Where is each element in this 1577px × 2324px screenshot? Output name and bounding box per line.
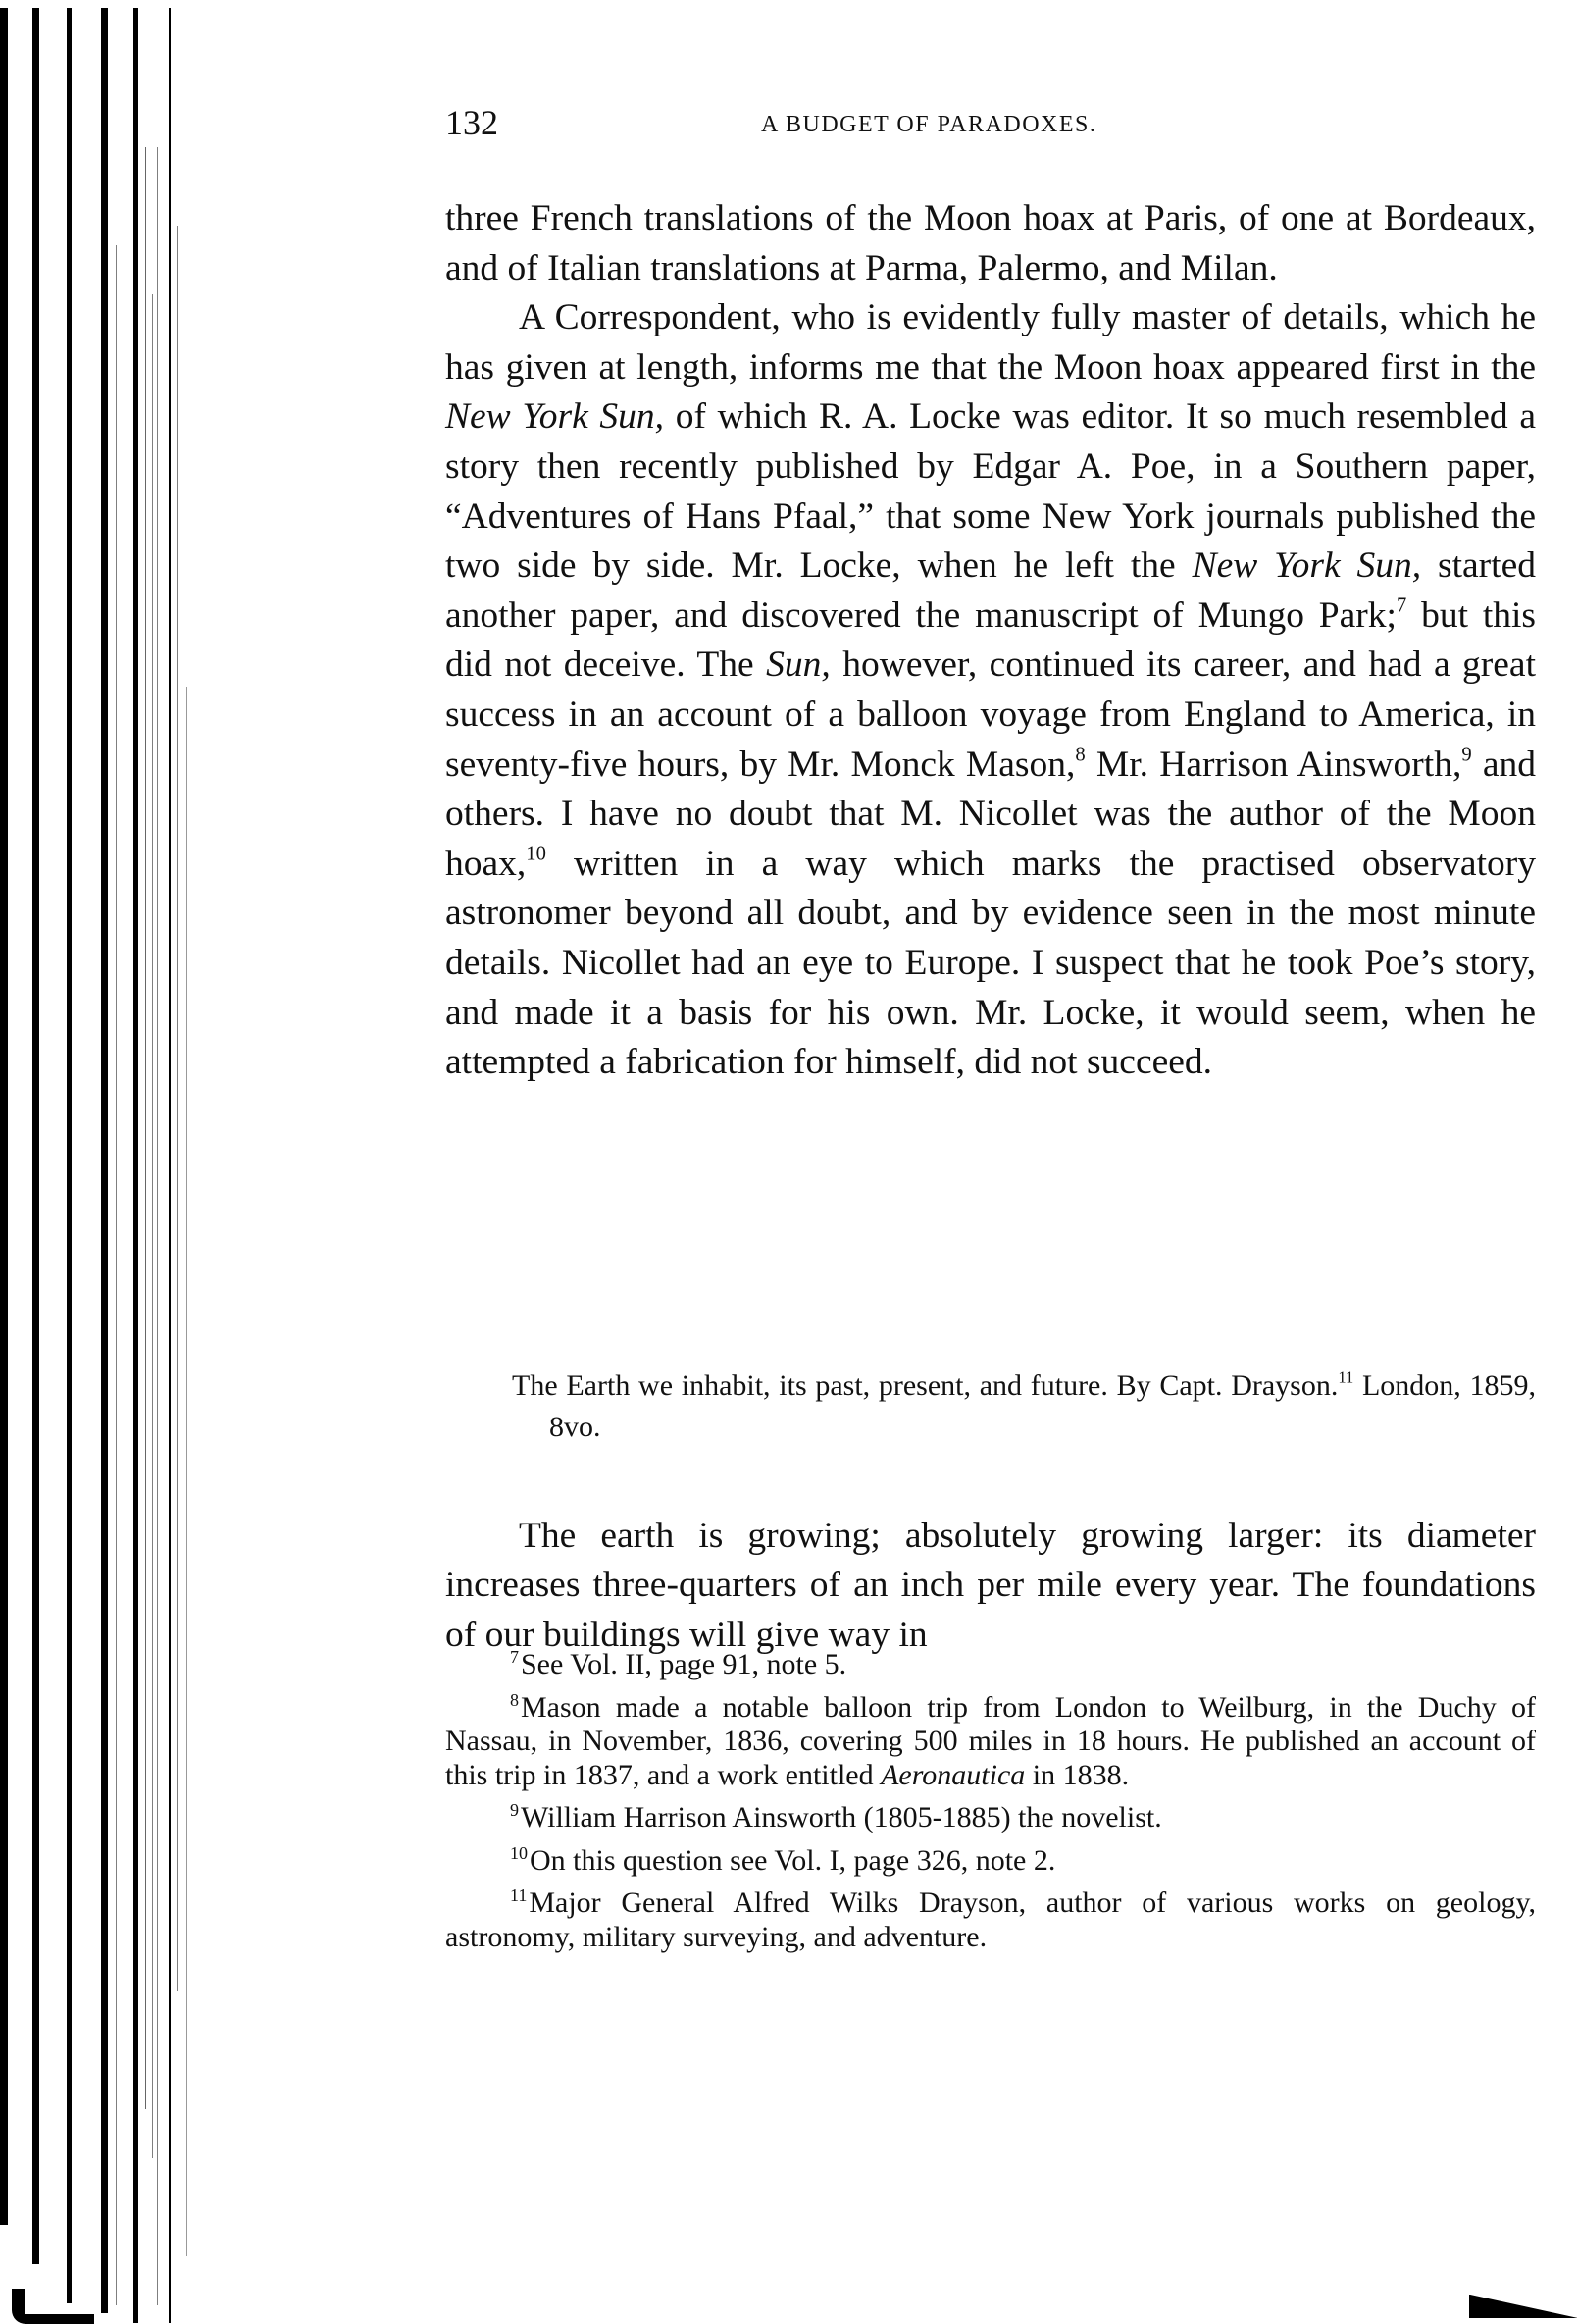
paragraph: A Correspondent, who is evidently fully … [445,293,1536,1088]
footnote-ref[interactable]: 10 [526,843,546,864]
paragraph: three French translations of the Moon ho… [445,194,1536,293]
italic-title: Sun, [766,645,831,685]
main-text: three French translations of the Moon ho… [445,194,1536,1088]
footnote-mark: 11 [510,1885,527,1905]
italic-title: Aeronautica [881,1759,1025,1791]
footnote-text: On this question see Vol. I, page 326, n… [530,1844,1055,1877]
footnote-ref[interactable]: 7 [1397,594,1406,616]
text-run: Mr. Harrison Ainsworth, [1086,745,1462,785]
footnote-mark: 10 [510,1843,528,1863]
footnotes: 7See Vol. II, page 91, note 5. 8Mason ma… [445,1648,1536,1963]
binding-corner [12,2289,94,2324]
footnote-text: See Vol. II, page 91, note 5. [521,1648,846,1680]
paragraph: The earth is growing; absolutely growing… [445,1512,1536,1661]
footnote-text: William Harrison Ainsworth (1805-1885) t… [521,1801,1162,1833]
footnote-9: 9William Harrison Ainsworth (1805-1885) … [445,1801,1536,1835]
page-curl-shadow [1469,2295,1577,2318]
page-number: 132 [445,102,498,143]
running-title: A BUDGET OF PARADOXES. [761,112,1096,138]
italic-title: New York Sun, [445,396,664,437]
footnote-10: 10On this question see Vol. I, page 326,… [445,1844,1536,1879]
footnote-8: 8Mason made a notable balloon trip from … [445,1691,1536,1793]
footnote-ref[interactable]: 11 [1338,1369,1353,1387]
book-binding-gutter [0,0,206,2324]
running-header: 132 A BUDGET OF PARADOXES. [445,102,1536,141]
footnote-mark: 9 [510,1800,519,1820]
footnote-ref[interactable]: 9 [1461,744,1471,765]
footnote-text: Major General Alfred Wilks Drayson, auth… [445,1886,1536,1953]
text-run: written in a way which marks the practis… [445,844,1536,1082]
italic-title: New York Sun, [1193,545,1422,586]
footnote-7: 7See Vol. II, page 91, note 5. [445,1648,1536,1682]
text-run: A Correspondent, who is evidently fully … [445,297,1536,387]
footnote-mark: 8 [510,1690,519,1710]
footnote-text: in 1838. [1025,1759,1129,1791]
book-citation: The Earth we inhabit, its past, present,… [512,1366,1536,1448]
footnote-ref[interactable]: 8 [1075,744,1085,765]
footnote-mark: 7 [510,1647,519,1667]
citation-text: The Earth we inhabit, its past, present,… [512,1369,1338,1402]
footnote-11: 11Major General Alfred Wilks Drayson, au… [445,1886,1536,1954]
